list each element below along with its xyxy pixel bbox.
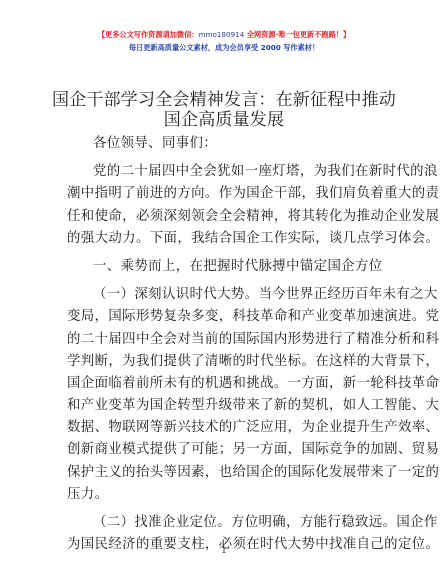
subsection-1-line: 压力。 [67,484,385,506]
promo-banner-line1: 【更多公文写作资源请加微信：mmo180914 全网资源·唯一包更新不跑路！】 [0,30,448,40]
promo-prefix: 【更多公文写作资源请加微信： [98,30,199,39]
subsection-1-line: 数据、物联网等新兴技术的广泛应用，为企业提升生产效率、 [67,417,385,439]
subsection-1-line: （一）深刻认识时代大势。当今世界正经历百年未有之大 [67,284,385,306]
page-number: 1 [0,546,448,556]
intro-line: 的强大动力。下面，我结合国企工作实际，谈几点学习体会。 [67,228,385,250]
subsection-1-line: 和产业变革为国企转型升级带来了新的契机，如人工智能、大 [67,395,385,417]
document-body: 各位领导、同事们： 党的二十届四中全会犹如一座灯塔，为我们在新时代的浪 潮中指明… [67,133,385,556]
subsection-1-line: 的二十届四中全会对当前的国际国内形势进行了精准分析和科 [67,329,385,351]
intro-line: 任和使命，必须深刻领会全会精神，将其转化为推动企业发展 [67,206,385,228]
promo-banner-line2: 每日更新高质量公文素材，成为会员享受 2000 写作素材！ [0,43,448,53]
intro-line: 党的二十届四中全会犹如一座灯塔，为我们在新时代的浪 [67,161,385,183]
subsection-1-line: 国企面临着前所未有的机遇和挑战。一方面，新一轮科技革命 [67,373,385,395]
subsection-2-line: （二）找准企业定位。方位明确，方能行稳致远。国企作 [67,512,385,534]
document-title-line2: 国企高质量发展 [0,105,448,130]
salutation: 各位领导、同事们： [67,133,385,155]
section-heading-1: 一、乘势而上，在把握时代脉搏中锚定国企方位 [67,256,385,278]
subsection-1-line: 创新商业模式提供了可能；另一方面，国际竞争的加剧、贸易 [67,439,385,461]
subsection-1-line: 保护主义的抬头等因素，也给国企的国际化发展带来了一定的 [67,462,385,484]
subsection-1-line: 学判断，为我们提供了清晰的时代坐标。在这样的大背景下， [67,351,385,373]
subsection-1-line: 变局，国际形势复杂多变，科技革命和产业变革加速演进。党 [67,306,385,328]
intro-line: 潮中指明了前进的方向。作为国企干部，我们肩负着重大的责 [67,183,385,205]
wechat-id: mmo180914 [198,30,244,39]
promo-suffix: 全网资源·唯一包更新不跑路！】 [244,30,350,39]
